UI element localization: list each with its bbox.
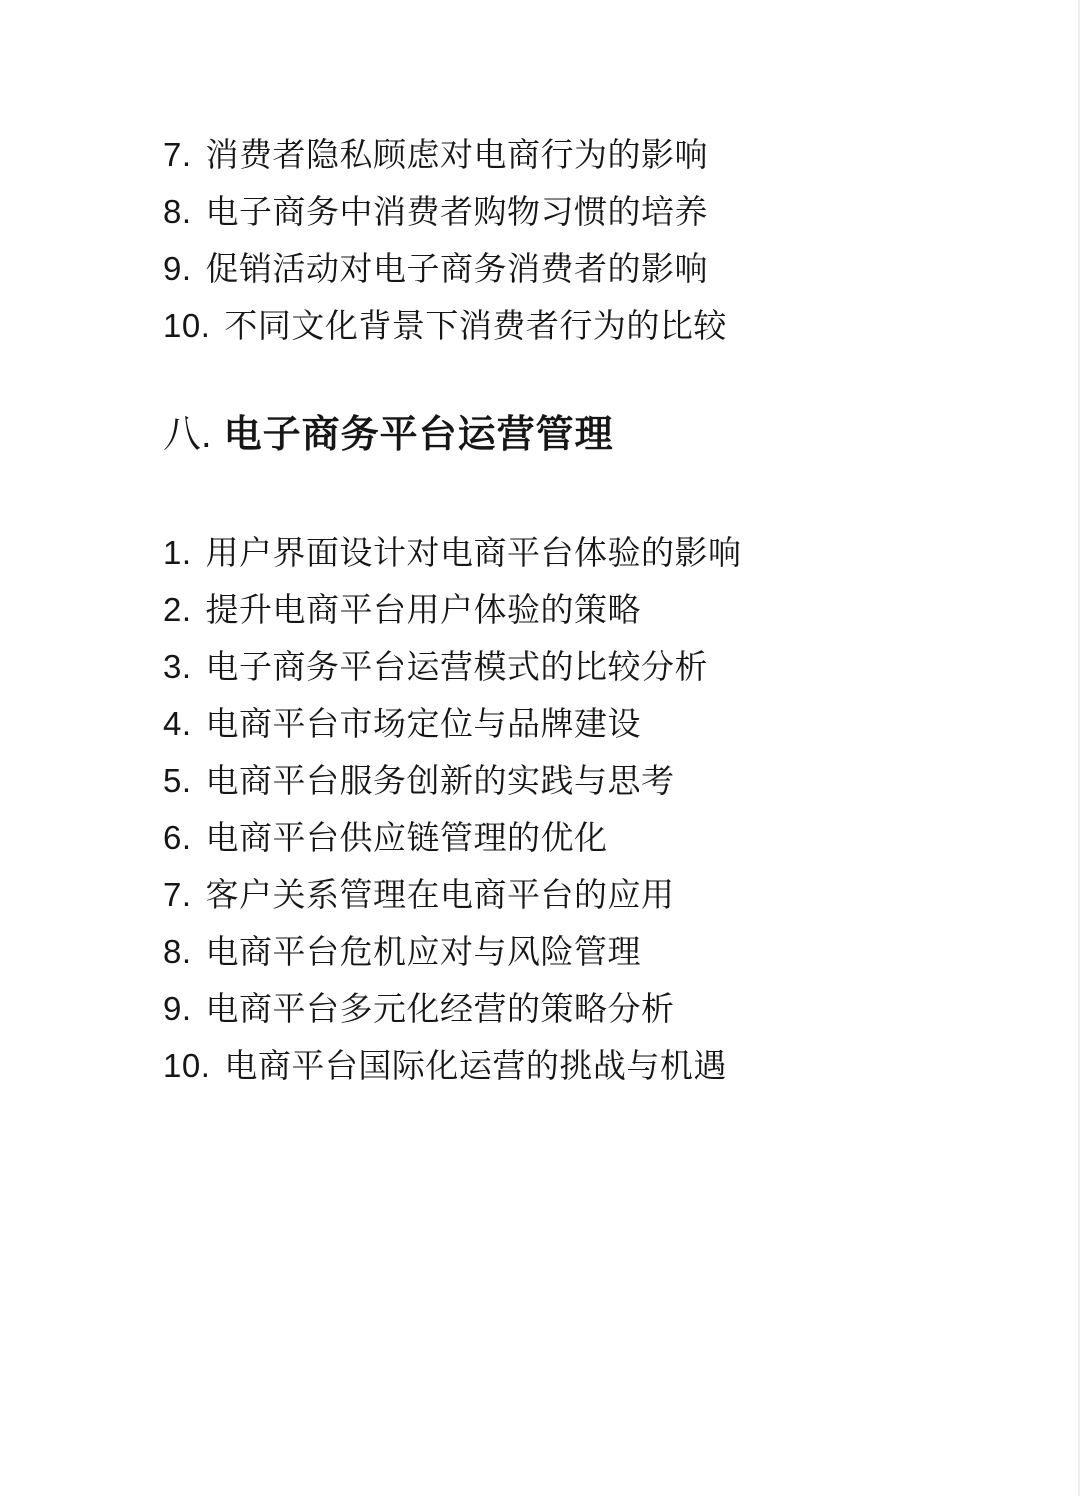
item-number: 3. <box>163 638 192 695</box>
item-text: 消费者隐私顾虑对电商行为的影响 <box>206 136 709 173</box>
topic-item: 2.提升电商平台用户体验的策略 <box>163 581 923 638</box>
item-text: 电商平台服务创新的实践与思考 <box>206 762 675 799</box>
item-text: 客户关系管理在电商平台的应用 <box>206 876 675 913</box>
item-number: 6. <box>163 809 192 866</box>
topic-item: 9.促销活动对电子商务消费者的影响 <box>163 240 923 297</box>
item-number: 10. <box>163 297 210 354</box>
item-text: 电商平台市场定位与品牌建设 <box>206 705 642 742</box>
document-page: { "page": { "background": "#ffffff", "te… <box>0 0 1080 1496</box>
item-number: 1. <box>163 524 192 581</box>
item-number: 8. <box>163 923 192 980</box>
section-heading-title: 电子商务平台运营管理 <box>224 414 614 456</box>
topic-item: 10.电商平台国际化运营的挑战与机遇 <box>163 1037 923 1094</box>
item-number: 10. <box>163 1037 210 1094</box>
main-topic-list: 1.用户界面设计对电商平台体验的影响 2.提升电商平台用户体验的策略 3.电子商… <box>163 524 923 1094</box>
item-number: 9. <box>163 240 192 297</box>
document-content: 7.消费者隐私顾虑对电商行为的影响 8.电子商务中消费者购物习惯的培养 9.促销… <box>163 126 923 1094</box>
item-number: 2. <box>163 581 192 638</box>
topic-item: 1.用户界面设计对电商平台体验的影响 <box>163 524 923 581</box>
topic-item: 7.消费者隐私顾虑对电商行为的影响 <box>163 126 923 183</box>
topic-item: 10.不同文化背景下消费者行为的比较 <box>163 297 923 354</box>
topic-item: 6.电商平台供应链管理的优化 <box>163 809 923 866</box>
topic-item: 8.电商平台危机应对与风险管理 <box>163 923 923 980</box>
item-number: 7. <box>163 866 192 923</box>
item-text: 不同文化背景下消费者行为的比较 <box>224 307 727 344</box>
item-text: 电子商务平台运营模式的比较分析 <box>206 648 709 685</box>
topic-item: 9.电商平台多元化经营的策略分析 <box>163 980 923 1037</box>
item-text: 电商平台多元化经营的策略分析 <box>206 990 675 1027</box>
item-number: 5. <box>163 752 192 809</box>
item-number: 4. <box>163 695 192 752</box>
section-heading-number: 八. <box>163 414 212 456</box>
item-number: 9. <box>163 980 192 1037</box>
item-text: 用户界面设计对电商平台体验的影响 <box>206 534 742 571</box>
section-heading: 八.电子商务平台运营管理 <box>163 407 923 464</box>
previous-section-list: 7.消费者隐私顾虑对电商行为的影响 8.电子商务中消费者购物习惯的培养 9.促销… <box>163 126 923 354</box>
item-text: 促销活动对电子商务消费者的影响 <box>206 250 709 287</box>
topic-item: 4.电商平台市场定位与品牌建设 <box>163 695 923 752</box>
topic-item: 7.客户关系管理在电商平台的应用 <box>163 866 923 923</box>
topic-item: 8.电子商务中消费者购物习惯的培养 <box>163 183 923 240</box>
item-text: 电商平台供应链管理的优化 <box>206 819 608 856</box>
item-text: 电商平台国际化运营的挑战与机遇 <box>224 1047 727 1084</box>
item-number: 8. <box>163 183 192 240</box>
item-text: 电商平台危机应对与风险管理 <box>206 933 642 970</box>
topic-item: 5.电商平台服务创新的实践与思考 <box>163 752 923 809</box>
topic-item: 3.电子商务平台运营模式的比较分析 <box>163 638 923 695</box>
item-number: 7. <box>163 126 192 183</box>
item-text: 电子商务中消费者购物习惯的培养 <box>206 193 709 230</box>
item-text: 提升电商平台用户体验的策略 <box>206 591 642 628</box>
